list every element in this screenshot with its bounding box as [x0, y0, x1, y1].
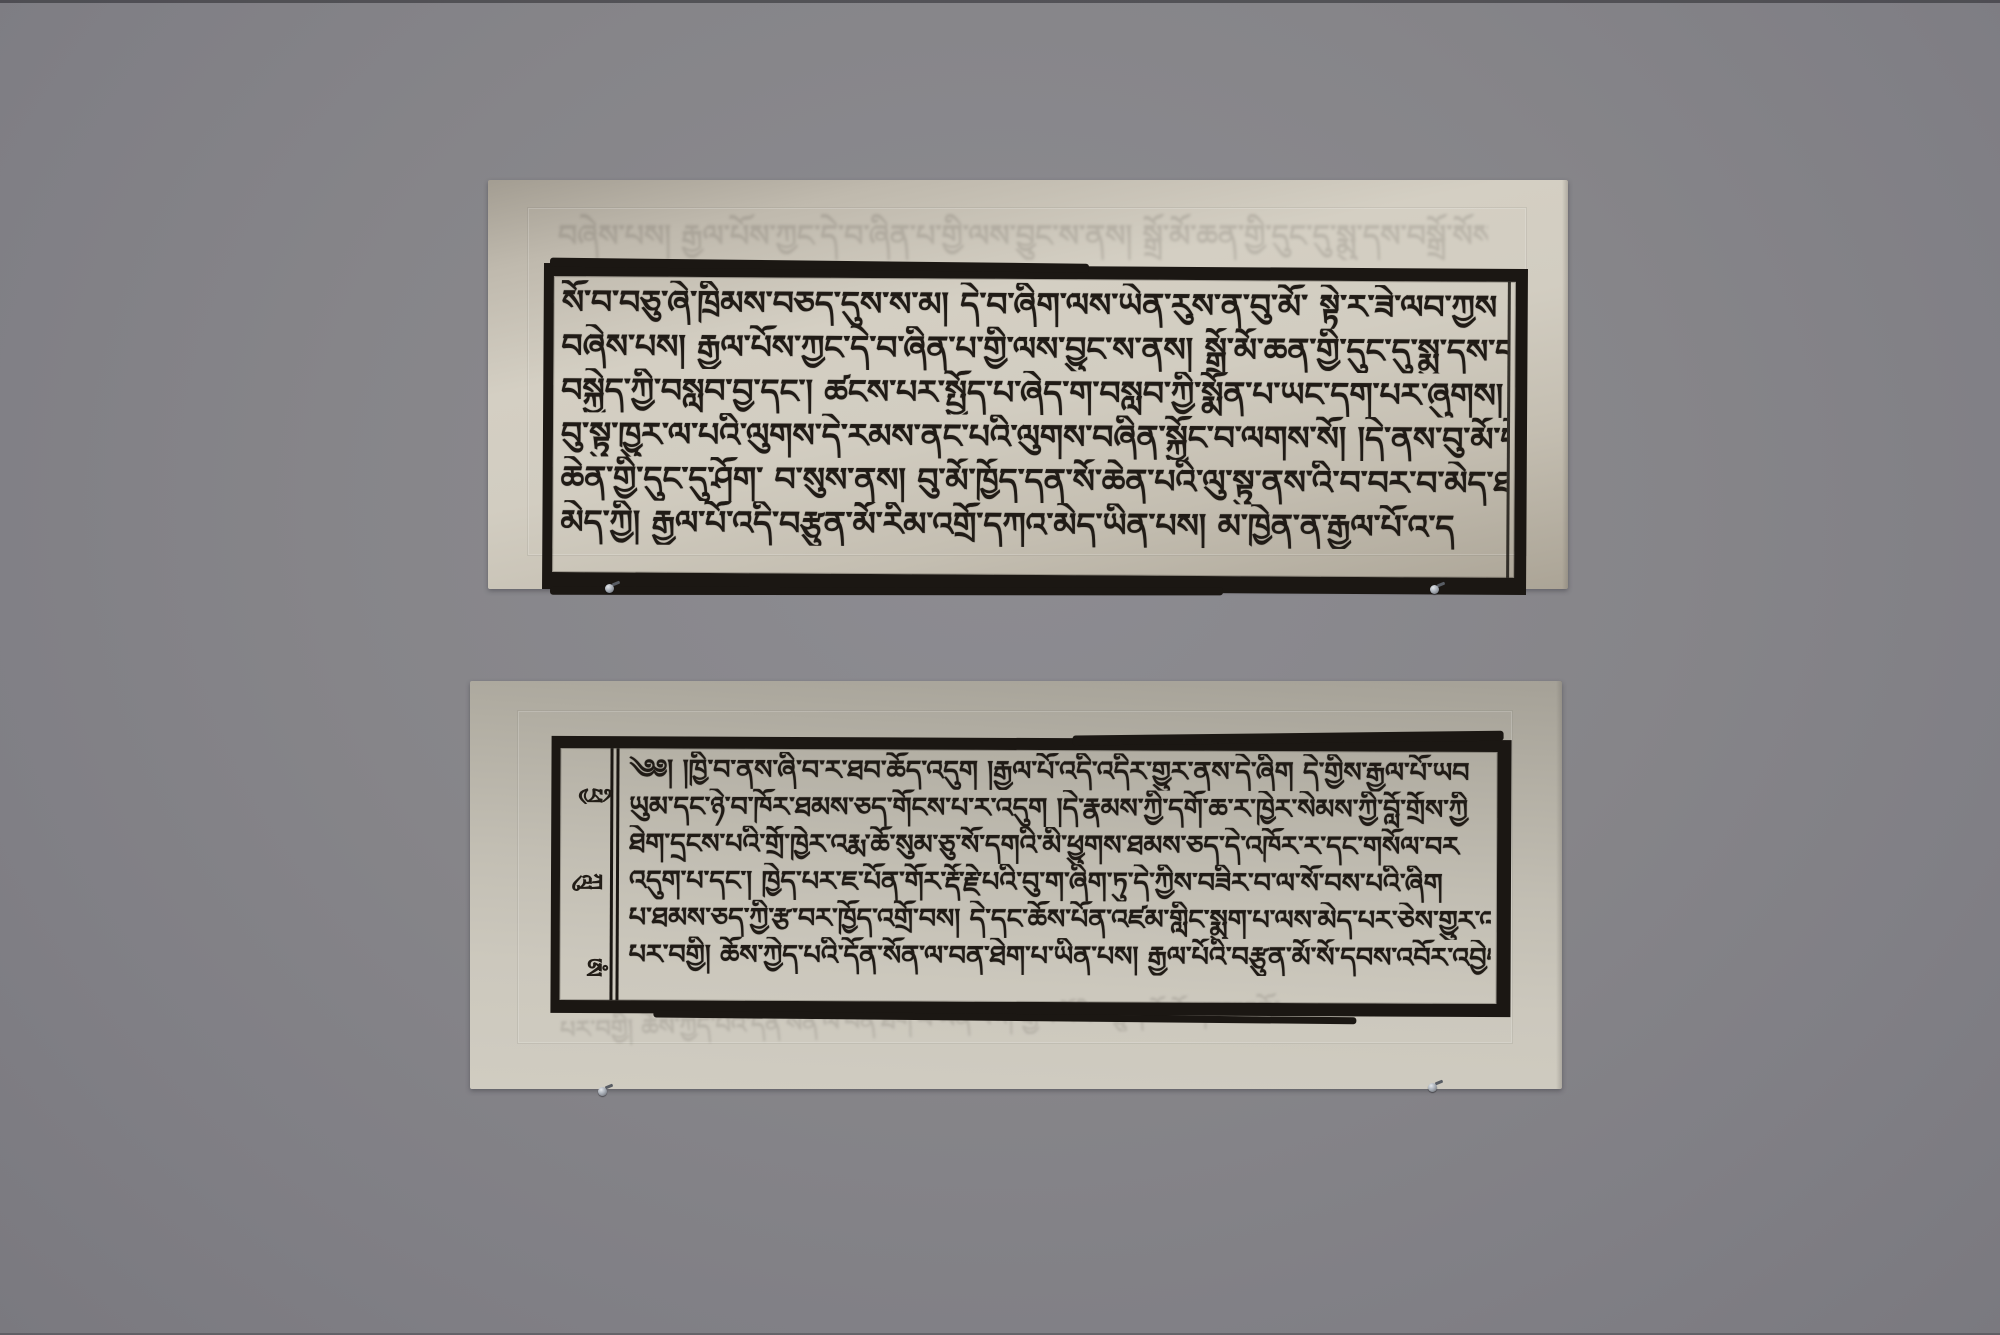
tibetan-text-line: པ་ཐམས་ཅད་ཀྱི་རྩ་བར་ཁྱོད་འགྲོ་བས། དེ་དང་ཆ…: [629, 899, 1491, 940]
tibetan-text-line: ཡུམ་དང་ཉེ་བ་ཁོར་ཐམས་ཅད་གོངས་པ་ར་འདུག །དེ…: [629, 788, 1491, 829]
mounting-pin: [1430, 581, 1446, 597]
tibetan-text-line: ཐེག་དྲངས་པའི་གྲོ་ཁྱེར་འརྨ་ཆོ་སུམ་ཅུ་སོ་ད…: [629, 825, 1491, 866]
mounting-pin: [605, 580, 621, 596]
mounting-pin: [598, 1083, 614, 1099]
top-folio-sheet: བཞེས་པས། རྒྱལ་པོས་ཀྱང་དེ་བ་ཞིན་པ་གྱི་ལས་…: [488, 180, 1568, 589]
margin-letter: ཕྱི: [553, 775, 620, 815]
tibetan-text-block: ༄༅། །ཁྱི་བ་ནས་ཞི་བ་ར་ཐབ་ཆོད་འདུག །རྒྱལ་པ…: [612, 748, 1497, 1004]
pin-head: [605, 584, 614, 593]
pin-head: [598, 1087, 607, 1096]
tibetan-text-line: སོ་བ་བཅུ་ཞེ་ཁྲིམས་བཅད་དུས་ས་མ། དེ་བ་ཞིག་…: [562, 280, 1508, 330]
bottom-folio-sheet: པར་བགྱི། ཆོས་ཀྱེད་པའི་དོན་སོན་ལ་བན་ཐེག་པ…: [470, 681, 1562, 1089]
tibetan-text-line: བུ་སྟུ་ཁྱུར་ལ་པའི་ལུགས་དེ་རམས་ནང་པའི་ལུག…: [561, 412, 1507, 462]
tibetan-text-line: ཆེན་གྱི་དུང་དུ་ཤོག་ བ་སུས་ནས། བུ་མོ་ཁྱོད…: [561, 456, 1507, 506]
woodblock-text-frame: སོ་བ་བཅུ་ཞེ་ཁྲིམས་བཅད་དུས་ས་མ། དེ་བ་ཞིག་…: [542, 263, 1528, 595]
photograph-background: བཞེས་པས། རྒྱལ་པོས་ཀྱང་དེ་བ་ཞིན་པ་གྱི་ལས་…: [0, 0, 2000, 1335]
frame-bottom-stroke: [550, 587, 1223, 596]
tibetan-text-block: སོ་བ་བཅུ་ཞེ་ཁྲིམས་བཅད་དུས་ས་མ། དེ་བ་ཞིག་…: [560, 280, 1508, 574]
folio-margin-column: ཕྱི ཀླུ ཨཾ: [559, 748, 613, 1000]
margin-letter: ཀླུ: [552, 861, 619, 901]
margin-letter: ཨཾ: [552, 947, 619, 987]
woodblock-text-frame: ཕྱི ཀླུ ཨཾ ༄༅། །ཁྱི་བ་ནས་ཞི་བ་ར་ཐབ་ཆོད་འ…: [550, 736, 1511, 1017]
deckled-paper-edge: [1556, 681, 1562, 1089]
tibetan-text-line: འདུག་པ་དང་། ཁྱེད་པར་ཇ་པོན་གོར་རྡོ་རྗེ་པའ…: [629, 862, 1491, 903]
frame-interior: ཕྱི ཀླུ ཨཾ ༄༅། །ཁྱི་བ་ནས་ཞི་བ་ར་ཐབ་ཆོད་འ…: [559, 748, 1497, 1004]
photo-top-edge: [0, 0, 2000, 3]
tibetan-text-line: བཞེས་པས། རྒྱལ་པོས་ཀྱང་དེ་བ་ཞིན་པ་གྱི་ལས་…: [561, 324, 1507, 374]
pin-head: [1430, 585, 1439, 594]
tibetan-text-line: བསྐྱེད་ཀྱི་བསླབ་བྱ་དང་། ཚངས་པར་སྤྱོད་པ་ཞ…: [561, 368, 1507, 418]
tibetan-text-line: མེད་ཀྱི། རྒྱལ་པོ་འདི་བརྩུན་མོ་རིམ་འགྲོ་ད…: [560, 500, 1506, 550]
tibetan-text-line: པར་བགྱི། ཆོས་ཀྱེད་པའི་དོན་སོན་ལ་བན་ཐེག་པ…: [629, 936, 1491, 977]
tibetan-text-line: ༄༅། །ཁྱི་བ་ནས་ཞི་བ་ར་ཐབ་ཆོད་འདུག །རྒྱལ་པ…: [629, 751, 1491, 792]
ink-setoff-ghost: བཞེས་པས། རྒྱལ་པོས་ཀྱང་དེ་བ་ཞིན་པ་གྱི་ལས་…: [558, 214, 1488, 260]
pin-head: [1428, 1083, 1437, 1092]
mounting-pin: [1428, 1079, 1444, 1095]
deckled-paper-edge: [1562, 180, 1568, 589]
